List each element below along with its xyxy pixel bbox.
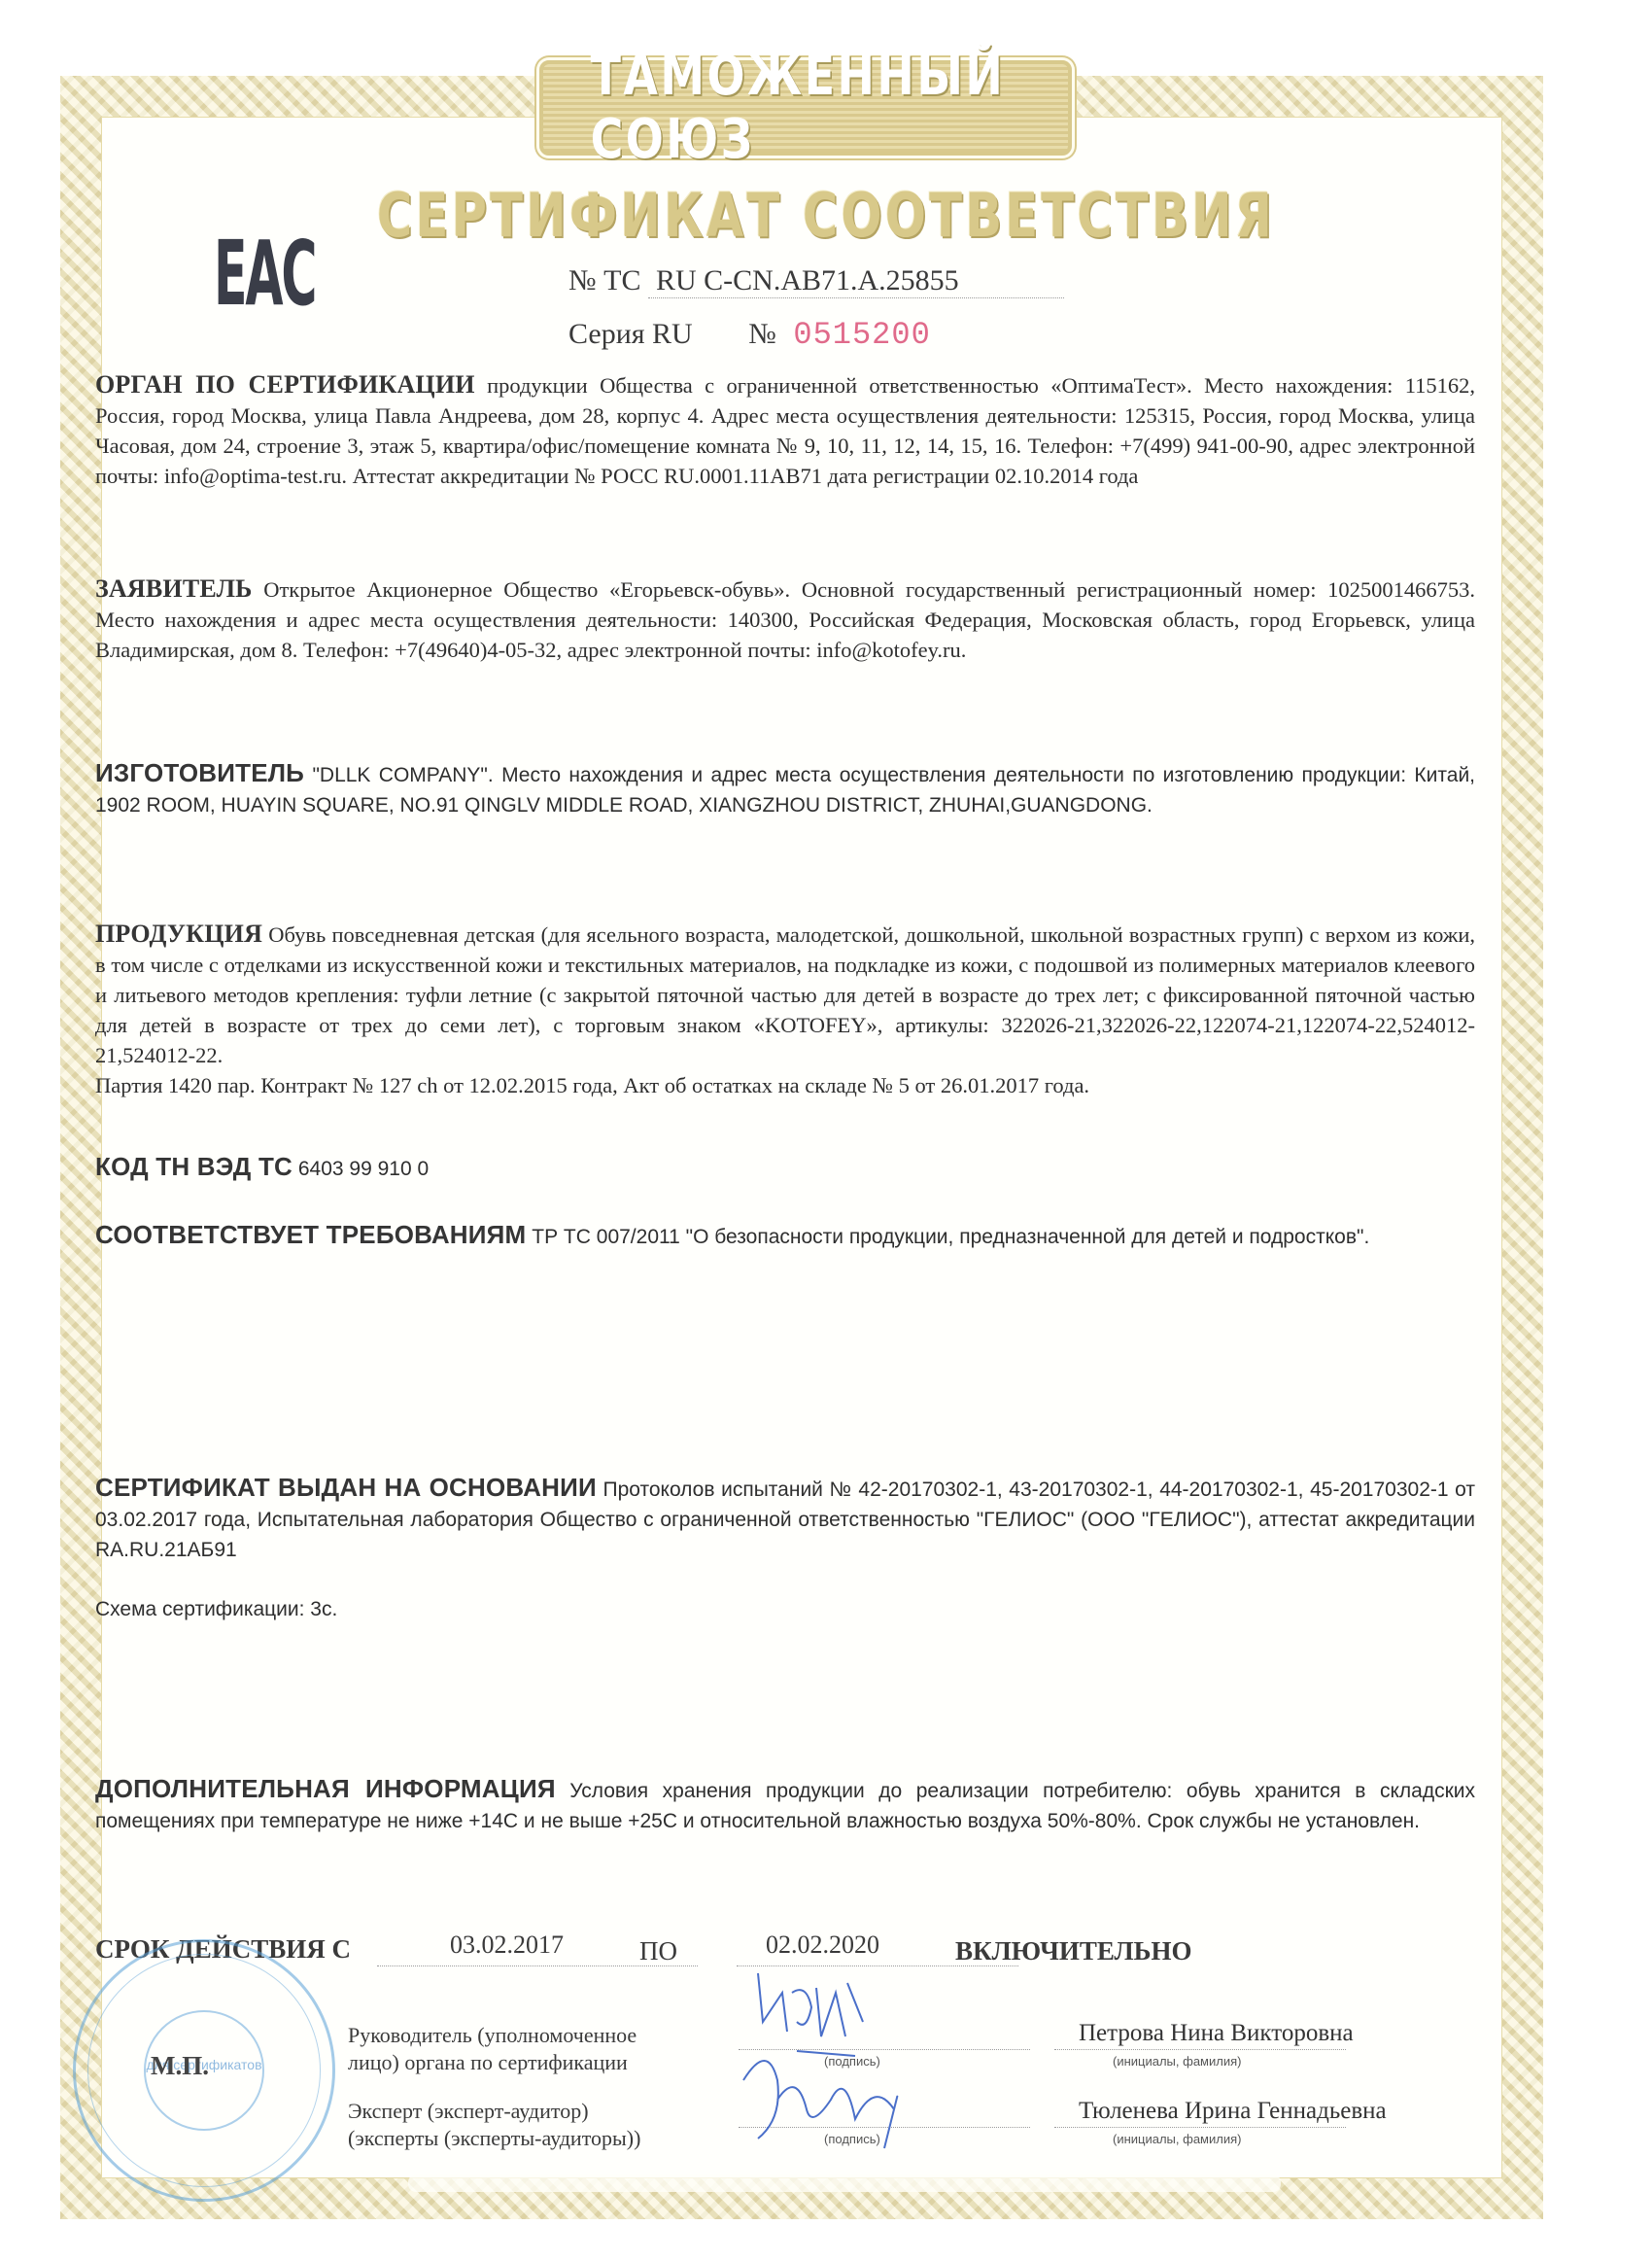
serial-number: 0515200 [793, 317, 930, 353]
series-label: Серия RU [568, 318, 693, 350]
section-manufacturer: ИЗГОТОВИТЕЛЬ "DLLK COMPANY". Место нахож… [95, 758, 1475, 820]
head-role: Руководитель (уполномоченное лицо) орган… [348, 2022, 637, 2076]
section-heading: СЕРТИФИКАТ ВЫДАН НА ОСНОВАНИИ [95, 1473, 597, 1502]
validity-to-label: ПО [639, 1936, 677, 1966]
name-caption: (инициалы, фамилия) [1113, 2132, 1241, 2146]
section-heading: СООТВЕТСТВУЕТ ТРЕБОВАНИЯМ [95, 1220, 526, 1249]
section-text-batch: Партия 1420 пар. Контракт № 127 ch от 12… [95, 1070, 1475, 1100]
handwritten-signature-icon [739, 1964, 933, 2158]
section-hs-code: КОД ТН ВЭД ТС 6403 99 910 0 [95, 1152, 1475, 1184]
section-heading: ОРГАН ПО СЕРТИФИКАЦИИ [95, 370, 475, 399]
registration-number-line: № ТС RU C-CN.АВ71.А.25855 [568, 264, 1064, 298]
registration-prefix: № ТС [568, 264, 640, 296]
section-conformity: СООТВЕТСТВУЕТ ТРЕБОВАНИЯМ ТР ТС 007/2011… [95, 1220, 1475, 1252]
head-name: Петрова Нина Викторовна [1079, 2020, 1354, 2047]
section-heading: ДОПОЛНИТЕЛЬНАЯ ИНФОРМАЦИЯ [95, 1774, 556, 1803]
hs-code-value: 6403 99 910 0 [298, 1158, 429, 1180]
section-text: Обувь повседневная детская (для ясельног… [95, 922, 1475, 1067]
section-product: ПРОДУКЦИЯ Обувь повседневная детская (дл… [95, 919, 1475, 1100]
validity-inclusive-label: ВКЛЮЧИТЕЛЬНО [955, 1936, 1192, 1966]
expert-role-line2: (эксперты (эксперты-аудиторы)) [348, 2125, 640, 2152]
section-heading: ЗАЯВИТЕЛЬ [95, 574, 253, 603]
section-heading: КОД ТН ВЭД ТС [95, 1152, 293, 1181]
section-text: ТР ТС 007/2011 "О безопасности продукции… [532, 1226, 1369, 1248]
eac-mark-icon: ЕАС [214, 222, 315, 326]
expert-role: Эксперт (эксперт-аудитор) (эксперты (экс… [348, 2098, 640, 2152]
section-basis: СЕРТИФИКАТ ВЫДАН НА ОСНОВАНИИ Протоколов… [95, 1473, 1475, 1565]
serial-prefix: № [748, 318, 776, 350]
section-applicant: ЗАЯВИТЕЛЬ Открытое Акционерное Общество … [95, 574, 1475, 665]
head-role-line2: лицо) органа по сертификации [348, 2049, 637, 2076]
section-additional-info: ДОПОЛНИТЕЛЬНАЯ ИНФОРМАЦИЯ Условия хранен… [95, 1774, 1475, 1836]
section-heading: ИЗГОТОВИТЕЛЬ [95, 758, 304, 787]
customs-union-banner: ТАМОЖЕННЫЙ СОЮЗ [539, 60, 1072, 156]
certificate-title: СЕРТИФИКАТ СООТВЕТСТВИЯ [165, 180, 1487, 251]
section-certification-body: ОРГАН ПО СЕРТИФИКАЦИИ продукции Общества… [95, 369, 1475, 491]
head-role-line1: Руководитель (уполномоченное [348, 2022, 637, 2049]
validity-from-date: 03.02.2017 [450, 1931, 564, 1960]
section-heading: ПРОДУКЦИЯ [95, 920, 262, 948]
customs-union-title: ТАМОЖЕННЫЙ СОЮЗ [591, 45, 1021, 171]
validity-to-date: 02.02.2020 [766, 1931, 879, 1960]
form-printer-imprint [408, 2174, 1281, 2192]
name-line [1054, 2127, 1346, 2128]
name-line [1054, 2049, 1346, 2050]
registration-number: RU C-CN.АВ71.А.25855 [648, 264, 1064, 298]
expert-name: Тюленева Ирина Геннадьевна [1079, 2098, 1387, 2125]
section-text: Открытое Акционерное Общество «Егорьевск… [95, 577, 1475, 662]
seal-place-label: М.П. [151, 2051, 209, 2081]
series-line: Серия RU № 0515200 [568, 317, 931, 353]
section-scheme: Схема сертификации: 3с. [95, 1594, 1475, 1624]
expert-role-line1: Эксперт (эксперт-аудитор) [348, 2098, 640, 2125]
name-caption: (инициалы, фамилия) [1113, 2054, 1241, 2069]
scheme-text: Схема сертификации: 3с. [95, 1598, 337, 1620]
